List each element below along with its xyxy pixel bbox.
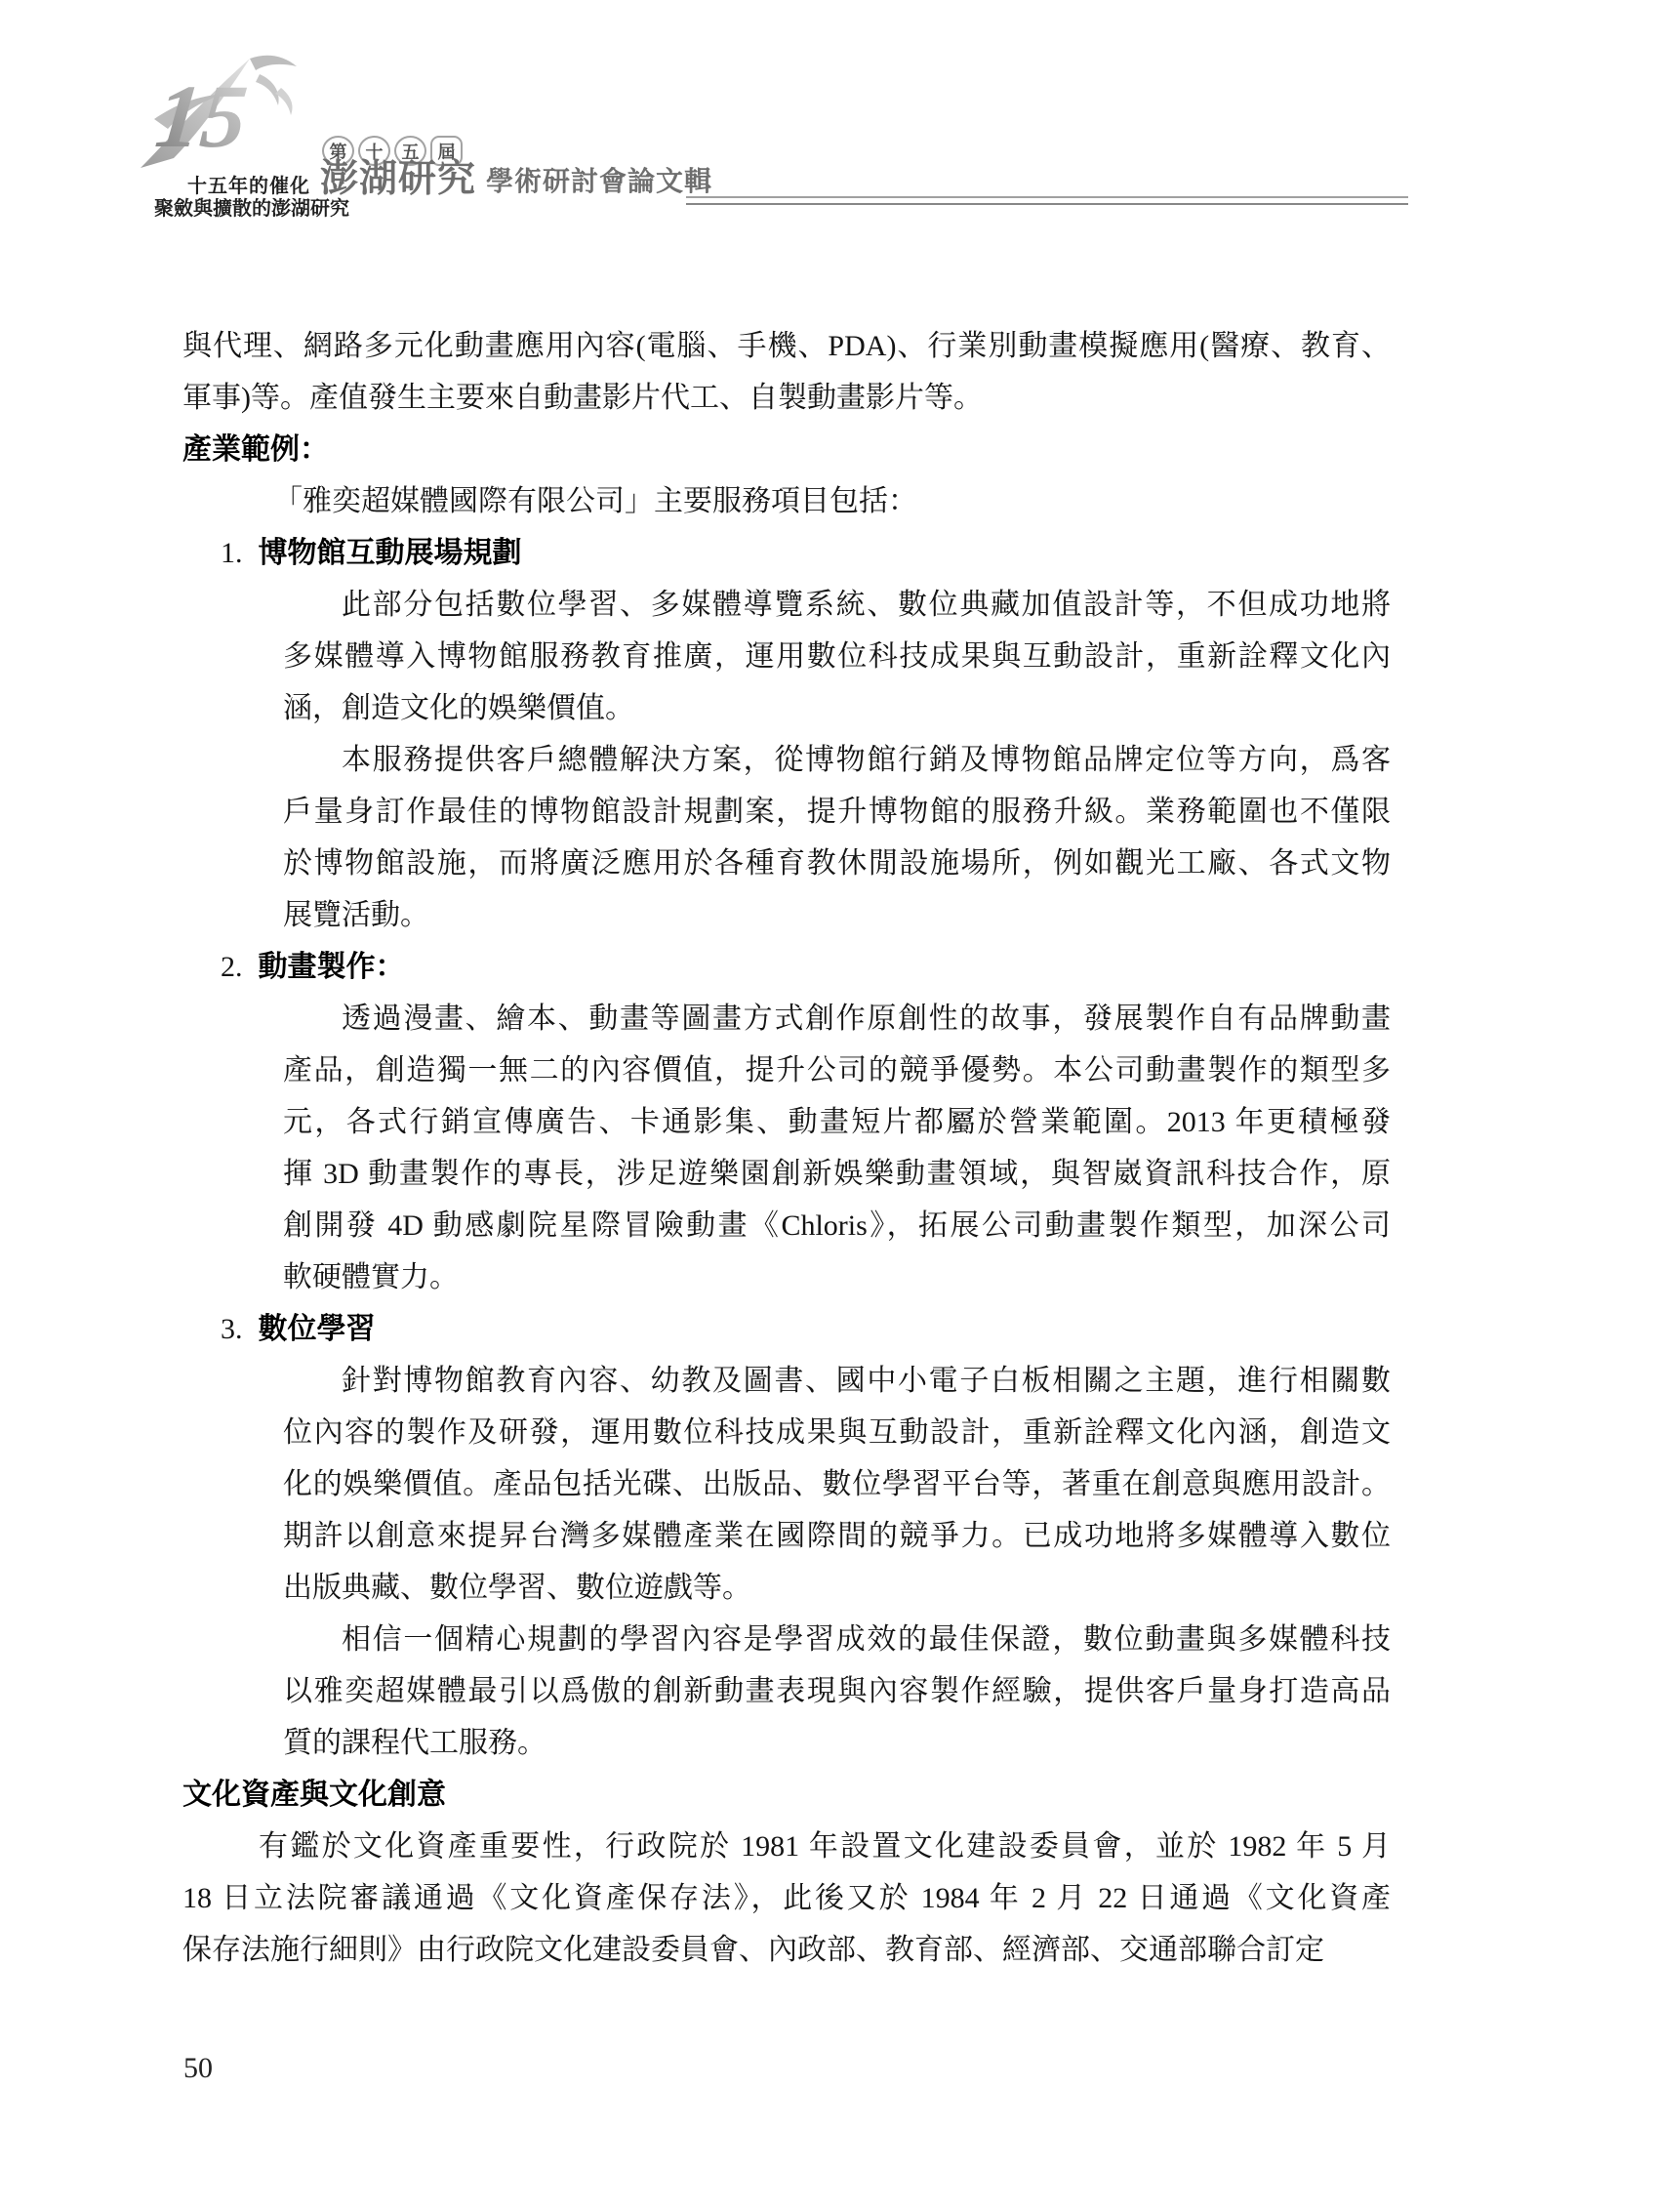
list-item-heading: 2.動畫製作： xyxy=(182,941,1391,993)
page-header: 15 十五年的催化 聚斂與擴散的澎湖研究 第十五屆 澎湖研究 學術研討會論文輯 xyxy=(0,0,1659,254)
body-text-line: 元，各式行銷宣傳廣告、卡通影集、動畫短片都屬於營業範圍。2013 年更積極發 xyxy=(182,1096,1391,1148)
body-text-line: 透過漫畫、繪本、動畫等圖畫方式創作原創性的故事，發展製作自有品牌動畫 xyxy=(182,993,1391,1045)
list-title: 動畫製作： xyxy=(259,951,405,983)
title-main: 澎湖研究 xyxy=(320,160,476,198)
body-text-line: 揮 3D 動畫製作的專長，涉足遊樂園創新娛樂動畫領域，與智崴資訊科技合作，原 xyxy=(182,1148,1391,1200)
body-text-line: 有鑑於文化資產重要性，行政院於 1981 年設置文化建設委員會，並於 1982 … xyxy=(182,1821,1391,1872)
section-heading: 產業範例： xyxy=(182,424,1391,475)
body-text-line: 以雅奕超媒體最引以爲傲的創新動畫表現與內容製作經驗，提供客戶量身打造高品 xyxy=(182,1665,1391,1717)
body-text-line: 多媒體導入博物館服務教育推廣，運用數位科技成果與互動設計，重新詮釋文化內 xyxy=(182,631,1391,682)
list-number: 2. xyxy=(221,941,243,993)
list-number: 3. xyxy=(221,1303,243,1355)
body-text-line: 針對博物館教育內容、幼教及圖書、國中小電子白板相關之主題，進行相關數 xyxy=(182,1355,1391,1407)
document-page: 15 十五年的催化 聚斂與擴散的澎湖研究 第十五屆 澎湖研究 學術研討會論文輯 … xyxy=(0,0,1659,2212)
section-heading: 文化資產與文化創意 xyxy=(182,1769,1391,1821)
body-text-line: 於博物館設施，而將廣泛應用於各種育教休閒設施場所，例如觀光工廠、各式文物 xyxy=(182,838,1391,889)
body-text-line: 位內容的製作及研發，運用數位科技成果與互動設計，重新詮釋文化內涵，創造文 xyxy=(182,1407,1391,1458)
body-text-line: 與代理、網路多元化動畫應用內容(電腦、手機、PDA)、行業別動畫模擬應用(醫療、… xyxy=(182,320,1391,372)
body-text-line: 產品，創造獨一無二的內容價值，提升公司的競爭優勢。本公司動畫製作的類型多 xyxy=(182,1045,1391,1096)
body-text-line: 戶量身訂作最佳的博物館設計規劃案，提升博物館的服務升級。業務範圍也不僅限 xyxy=(182,786,1391,838)
body-text-line: 此部分包括數位學習、多媒體導覽系統、數位典藏加值設計等，不但成功地將 xyxy=(182,579,1391,631)
body-text-line: 保存法施行細則》由行政院文化建設委員會、內政部、教育部、經濟部、交通部聯合訂定 xyxy=(182,1924,1391,1976)
page-number: 50 xyxy=(183,2052,213,2084)
list-title: 數位學習 xyxy=(259,1313,376,1345)
anniversary-15-logo: 15 xyxy=(135,45,303,178)
list-item-heading: 1.博物館互動展場規劃 xyxy=(182,527,1391,579)
body-text-line: 質的課程代工服務。 xyxy=(182,1717,1391,1769)
body-text-line: 期許以創意來提昇台灣多媒體產業在國際間的競爭力。已成功地將多媒體導入數位 xyxy=(182,1510,1391,1562)
body-text-line: 涵，創造文化的娛樂價值。 xyxy=(182,682,1391,734)
list-item-heading: 3.數位學習 xyxy=(182,1303,1391,1355)
title-subtitle: 學術研討會論文輯 xyxy=(486,168,712,198)
body-text-line: 18 日立法院審議通過《文化資產保存法》，此後又於 1984 年 2 月 22 … xyxy=(182,1872,1391,1924)
body-text: 與代理、網路多元化動畫應用內容(電腦、手機、PDA)、行業別動畫模擬應用(醫療、… xyxy=(182,320,1391,1976)
header-rule-line xyxy=(686,196,1408,205)
proceedings-title: 澎湖研究 學術研討會論文輯 xyxy=(320,160,712,198)
body-text-line: 軍事)等。產值發生主要來自動畫影片代工、自製動畫影片等。 xyxy=(182,372,1391,424)
list-title: 博物館互動展場規劃 xyxy=(259,537,522,569)
body-text-line: 創開發 4D 動感劇院星際冒險動畫《Chloris》，拓展公司動畫製作類型，加深… xyxy=(182,1200,1391,1251)
body-text-line: 本服務提供客戶總體解決方案，從博物館行銷及博物館品牌定位等方向，爲客 xyxy=(182,734,1391,786)
body-text-line: 軟硬體實力。 xyxy=(182,1251,1391,1303)
body-text-line: 「雅奕超媒體國際有限公司」主要服務項目包括： xyxy=(182,475,1391,527)
body-text-line: 展覽活動。 xyxy=(182,889,1391,941)
body-text-line: 相信一個精心規劃的學習內容是學習成效的最佳保證，數位動畫與多媒體科技 xyxy=(182,1614,1391,1665)
page-footer: 50 xyxy=(183,2052,213,2085)
list-number: 1. xyxy=(221,527,243,579)
body-text-line: 化的娛樂價值。產品包括光碟、出版品、數位學習平台等，著重在創意與應用設計。 xyxy=(182,1458,1391,1510)
body-text-line: 出版典藏、數位學習、數位遊戲等。 xyxy=(182,1562,1391,1614)
svg-text:15: 15 xyxy=(151,66,252,166)
